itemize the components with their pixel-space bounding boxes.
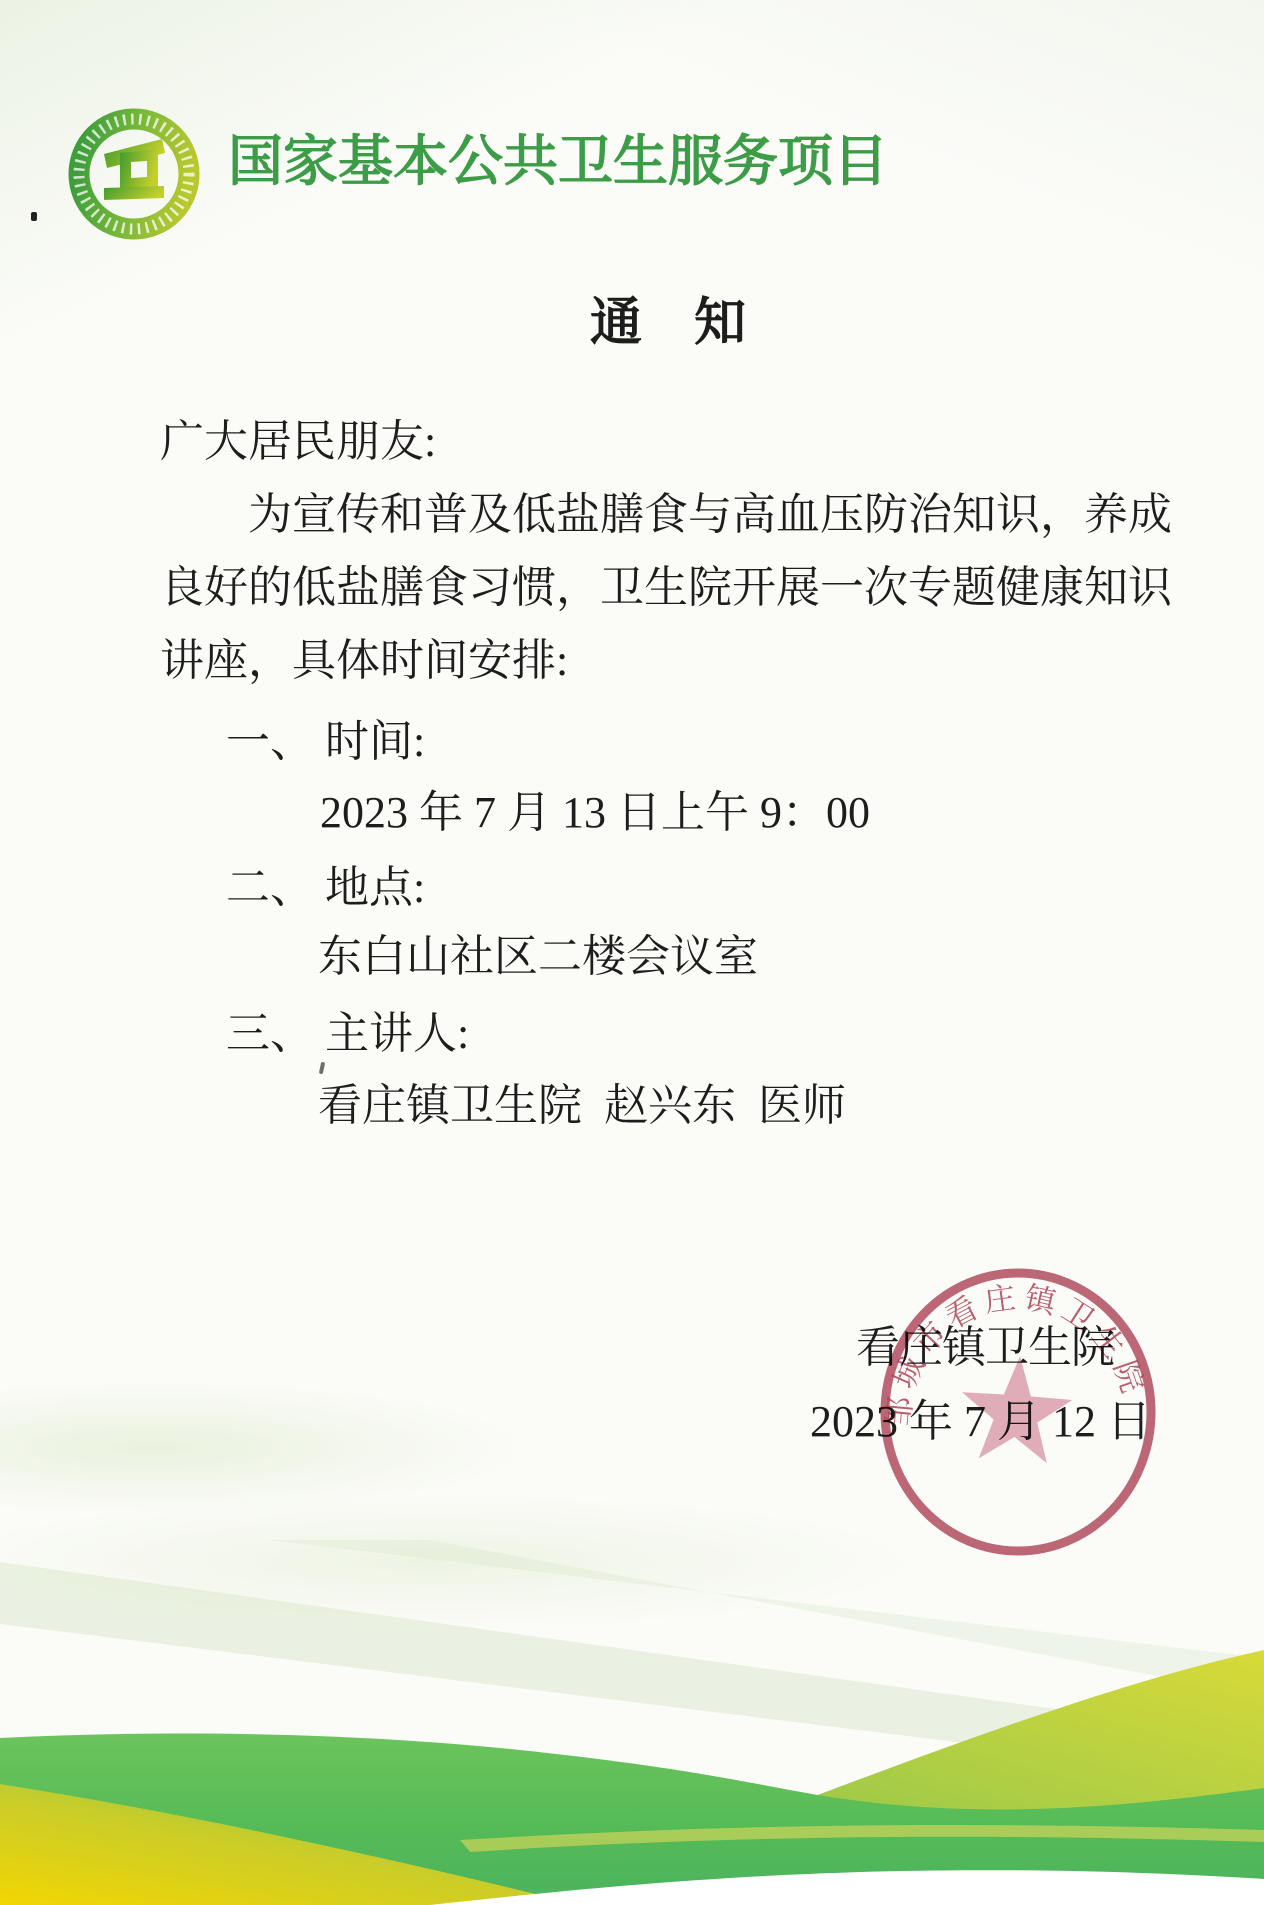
item-3-heading: 三、 主讲人: [226, 1012, 469, 1056]
notice-document-page: 国家基本公共卫生服务项目 通 知 广大居民朋友: 为宣传和普及低盐膳食与高血压防… [0, 0, 1264, 1905]
program-logo-graphic [68, 108, 200, 240]
program-logo [52, 90, 184, 222]
item-1-content: 2023 年 7 月 13 日上午 9：00 [320, 791, 870, 835]
house-glyph-icon [104, 139, 165, 200]
paragraph-line-3: 讲座，具体时间安排: [160, 639, 568, 683]
ink-speck [319, 1062, 325, 1075]
item-2-content: 东白山社区二楼会议室 [318, 935, 758, 979]
item-2-heading: 二、 地点: [226, 866, 425, 910]
stamp-graphic: 邹城市看庄镇卫生院 [876, 1266, 1160, 1558]
program-title: 国家基本公共卫生服务项目 [228, 134, 888, 189]
bottom-wave-decoration [0, 1540, 1264, 1905]
greeting-line: 广大居民朋友: [160, 420, 436, 464]
paragraph-line-1: 为宣传和普及低盐膳食与高血压防治知识，养成 [248, 493, 1172, 537]
document-title: 通 知 [590, 298, 746, 350]
official-seal-stamp: 邹城市看庄镇卫生院 [876, 1266, 1160, 1558]
item-1-heading: 一、 时间: [226, 720, 425, 764]
star-icon [958, 1352, 1075, 1464]
item-3-content: 看庄镇卫生院 赵兴东 医师 [318, 1084, 846, 1128]
ink-speck [31, 212, 37, 221]
paragraph-line-2: 良好的低盐膳食习惯，卫生院开展一次专题健康知识 [160, 566, 1172, 610]
